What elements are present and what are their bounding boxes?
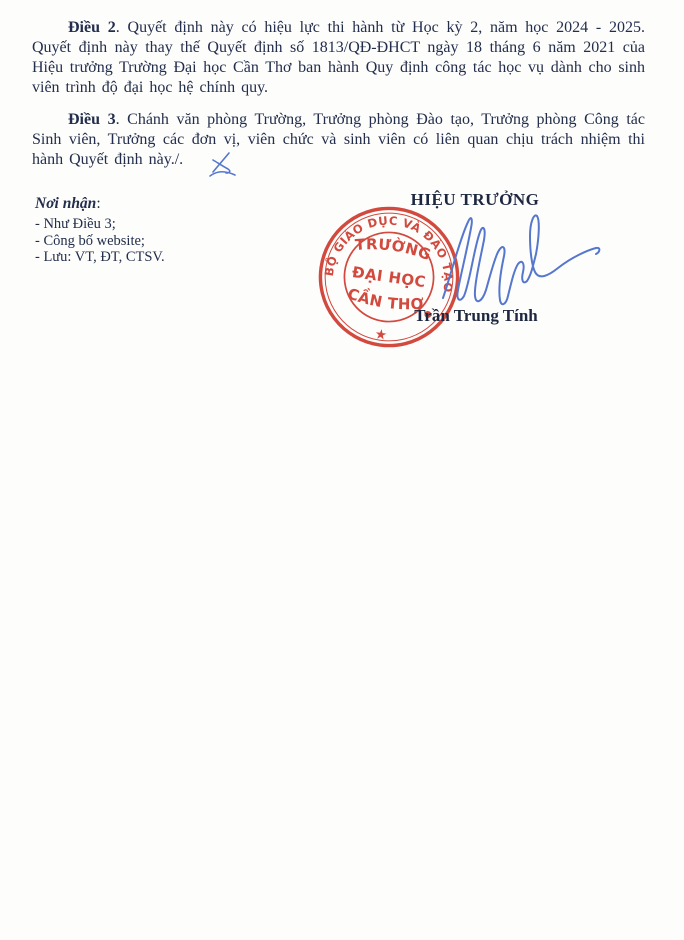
recipients-colon: : bbox=[96, 195, 100, 212]
signature-stroke bbox=[443, 215, 599, 304]
signature-ink-graphic bbox=[430, 208, 605, 313]
article-2-text: . Quyết định này có hiệu lực thi hành từ… bbox=[32, 19, 645, 96]
recipients-block: Nơi nhận: - Như Điều 3; - Công bố websit… bbox=[35, 195, 165, 266]
paragraph-dieu-2: Điều 2. Quyết định này có hiệu lực thi h… bbox=[32, 18, 645, 98]
recipients-heading: Nơi nhận: bbox=[35, 195, 165, 213]
initial-stroke-underline bbox=[210, 172, 235, 176]
recipient-item: - Công bố website; bbox=[35, 233, 165, 250]
stamp-center-line-2: ĐẠI HỌC bbox=[351, 263, 427, 291]
article-3-lead: Điều 3 bbox=[68, 111, 116, 128]
article-3-text: . Chánh văn phòng Trường, Trưởng phòng Đ… bbox=[32, 111, 645, 168]
recipient-item: - Lưu: VT, ĐT, CTSV. bbox=[35, 249, 165, 266]
article-2-lead: Điều 2 bbox=[68, 19, 116, 36]
document-body: Điều 2. Quyết định này có hiệu lực thi h… bbox=[32, 18, 645, 182]
paragraph-dieu-3: Điều 3. Chánh văn phòng Trường, Trưởng p… bbox=[32, 110, 645, 170]
initial-ink-graphic bbox=[206, 150, 238, 178]
star-icon: ★ bbox=[374, 326, 388, 344]
signer-title: HIỆU TRƯỞNG bbox=[345, 190, 605, 210]
recipient-item: - Như Điều 3; bbox=[35, 216, 165, 233]
recipients-label: Nơi nhận bbox=[35, 195, 96, 212]
signature-initial-mark bbox=[206, 150, 238, 178]
document-page: Điều 2. Quyết định này có hiệu lực thi h… bbox=[0, 0, 684, 940]
signature-autograph bbox=[430, 208, 605, 313]
